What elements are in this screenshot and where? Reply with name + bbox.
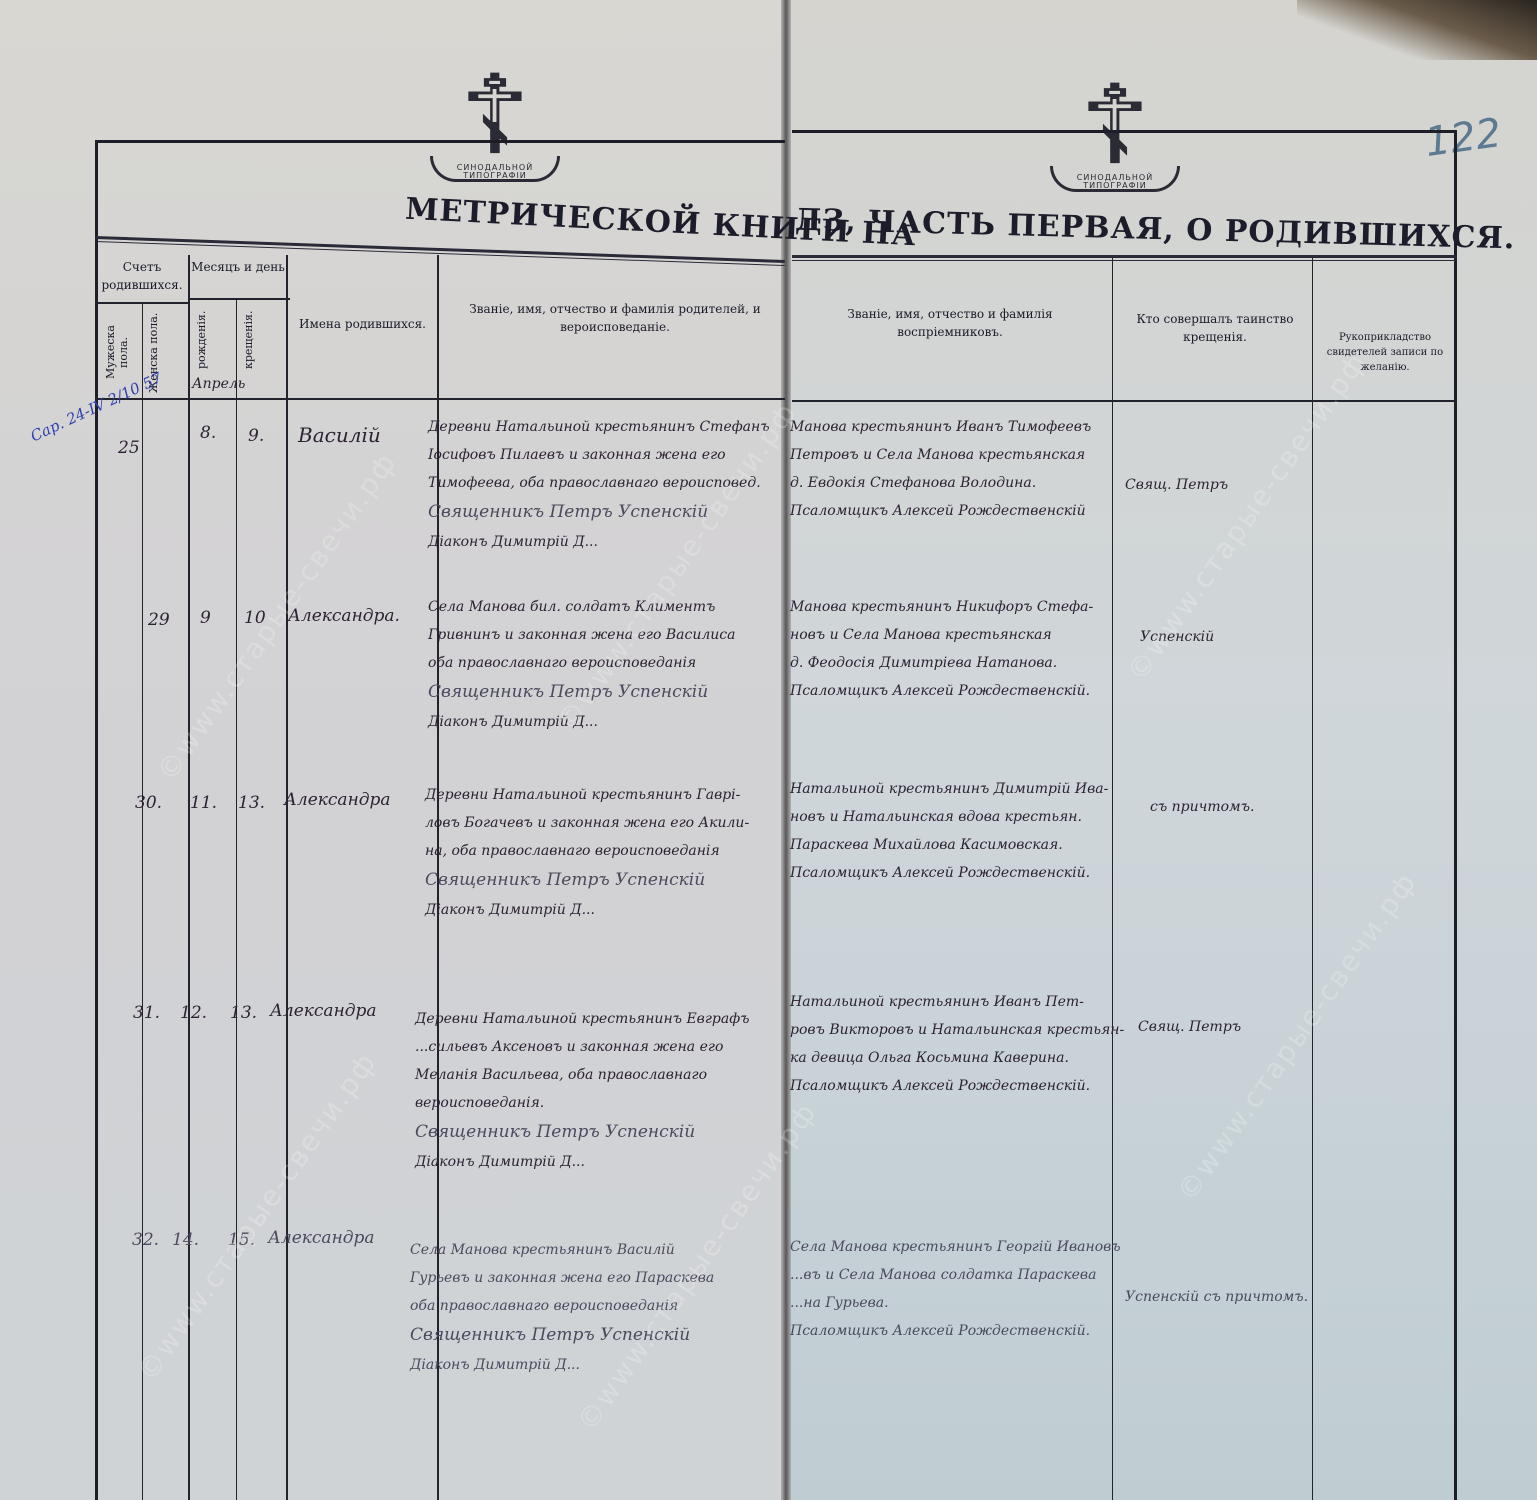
entry-child-name: Александра [268, 1230, 375, 1247]
entry-birth-day: 14. [172, 1232, 199, 1249]
title-underline-right [792, 255, 1457, 261]
godparents-line: д. Евдокія Стефанова Володина. [790, 476, 1091, 490]
entry-female-number: 29 [148, 612, 170, 629]
deacon-signature: Діаконъ Димитрій Д... [428, 535, 770, 549]
entry-officiant: Свящ. Петръ [1138, 1020, 1241, 1034]
header-date-baptism: крещенія. [242, 305, 282, 375]
godparents-line: Манова крестьянинъ Никифоръ Стефа- [790, 600, 1093, 614]
psalmist-signature: Псаломщикъ Алексей Рождественскій. [790, 1324, 1121, 1338]
priest-signature: Священникъ Петръ Успенскій [410, 1327, 714, 1344]
entry-parents: Деревни Натальиной крестьянинъ Гаврі- ло… [425, 788, 749, 931]
header-parents: Званіе, имя, отчество и фамилія родителе… [450, 300, 780, 336]
godparents-line: д. Феодосія Димитріева Натанова. [790, 656, 1093, 670]
godparents-line: Параскева Михайлова Касимовская. [790, 838, 1108, 852]
parents-line: Гривнинъ и законная жена его Василиса [428, 628, 735, 642]
header-names: Имена родившихся. [290, 315, 435, 333]
godparents-line: ровъ Викторовъ и Натальинская крестьян- [790, 1023, 1124, 1037]
entry-female-number: 30. [135, 795, 162, 812]
month-handwritten: Апрель [192, 377, 245, 391]
entry-parents: Деревни Натальиной крестьянинъ Евграфъ .… [415, 1012, 750, 1183]
priest-signature: Священникъ Петръ Успенскій [425, 872, 749, 889]
parents-line: Села Манова крестьянинъ Василій [410, 1243, 714, 1257]
entry-child-name: Василій [298, 425, 381, 445]
godparents-line: ...въ и Села Манова солдатка Параскева [790, 1268, 1121, 1282]
entry-baptism-day: 13. [238, 795, 265, 812]
parents-line: Деревни Натальиной крестьянинъ Гаврі- [425, 788, 749, 802]
header-date-group: Месяцъ и день [190, 258, 286, 276]
parents-line: Меланія Васильева, оба православнаго [415, 1068, 750, 1082]
deacon-signature: Діаконъ Димитрій Д... [415, 1155, 750, 1169]
column-divider [286, 255, 288, 1500]
entry-female-number: 32. [132, 1232, 159, 1249]
entry-parents: Села Манова бил. солдатъ Климентъ Гривни… [428, 600, 735, 743]
parents-line: ловъ Богачевъ и законная жена его Акили- [425, 816, 749, 830]
entry-godparents: Натальиной крестьянинъ Иванъ Пет- ровъ В… [790, 995, 1124, 1107]
parents-line: на, оба православнаго вероисповеданія [425, 844, 749, 858]
godparents-line: Петровъ и Села Манова крестьянская [790, 448, 1091, 462]
header-count-group: Счетъ родившихся. [97, 258, 187, 294]
entry-child-name: Александра [284, 792, 391, 809]
entry-parents: Села Манова крестьянинъ Василій Гурьевъ … [410, 1243, 714, 1386]
deacon-signature: Діаконъ Димитрій Д... [425, 903, 749, 917]
parents-line: оба православнаго вероисповеданія [410, 1299, 714, 1313]
parents-line: ...сильевъ Аксеновъ и законная жена его [415, 1040, 750, 1054]
header-bottom-rule-left [95, 398, 785, 400]
entry-child-name: Александра. [288, 608, 400, 625]
entry-godparents: Манова крестьянинъ Иванъ Тимофеевъ Петро… [790, 420, 1091, 532]
open-register-book: ☦ СИНОДАЛЬНОЙ ТИПОГРАФІИ ☦ СИНОДАЛЬНОЙ Т… [0, 0, 1537, 1500]
parents-line: Деревни Натальиной крестьянинъ Стефанъ [428, 420, 770, 434]
header-officiant: Кто совершалъ таинство крещенія. [1125, 310, 1305, 346]
psalmist-signature: Псаломщикъ Алексей Рождественскій. [790, 1079, 1124, 1093]
psalmist-signature: Псаломщикъ Алексей Рождественскій. [790, 866, 1108, 880]
entry-birth-day: 9 [200, 610, 211, 627]
entry-officiant: Свящ. Петръ [1125, 478, 1228, 492]
godparents-line: новъ и Натальинская вдова крестьян. [790, 810, 1108, 824]
priest-signature: Священникъ Петръ Успенскій [428, 504, 770, 521]
entry-officiant: Успенскій [1140, 630, 1214, 644]
entry-birth-day: 8. [200, 425, 216, 442]
column-divider [1312, 258, 1313, 1500]
entry-godparents: Натальиной крестьянинъ Димитрій Ива- нов… [790, 782, 1108, 894]
priest-signature: Священникъ Петръ Успенскій [415, 1124, 750, 1141]
header-date-birth: рожденія. [195, 305, 231, 375]
godparents-line: Манова крестьянинъ Иванъ Тимофеевъ [790, 420, 1091, 434]
parents-line: Села Манова бил. солдатъ Климентъ [428, 600, 735, 614]
priest-signature: Священникъ Петръ Успенскій [428, 684, 735, 701]
entry-baptism-day: 13. [230, 1005, 257, 1022]
entry-birth-day: 11. [190, 795, 217, 812]
entry-baptism-day: 9. [248, 428, 264, 445]
entry-female-number: 31. [133, 1005, 160, 1022]
parents-line: вероисповеданія. [415, 1096, 750, 1110]
godparents-line: новъ и Села Манова крестьянская [790, 628, 1093, 642]
header-signatures: Рукоприкладство свидетелей записи по жел… [1315, 330, 1455, 375]
column-divider [236, 298, 237, 1500]
entry-birth-day: 12. [180, 1005, 207, 1022]
column-divider [142, 302, 143, 1500]
entry-officiant: Успенскій съ причтомъ. [1125, 1290, 1308, 1304]
entry-male-number: 25 [118, 440, 140, 457]
header-bottom-rule-right [792, 400, 1457, 402]
entry-child-name: Александра [270, 1003, 377, 1020]
deacon-signature: Діаконъ Димитрій Д... [410, 1358, 714, 1372]
column-divider [188, 255, 190, 1500]
godparents-line: Села Манова крестьянинъ Георгій Ивановъ [790, 1240, 1121, 1254]
entry-baptism-day: 10 [244, 610, 266, 627]
godparents-line: Натальиной крестьянинъ Димитрій Ива- [790, 782, 1108, 796]
book-edge-shadow [1297, 0, 1537, 60]
godparents-line: Натальиной крестьянинъ Иванъ Пет- [790, 995, 1124, 1009]
parents-line: Тимофеева, оба православнаго вероисповед… [428, 476, 770, 490]
godparents-line: ка девица Ольга Косьмина Каверина. [790, 1051, 1124, 1065]
entry-godparents: Манова крестьянинъ Никифоръ Стефа- новъ … [790, 600, 1093, 712]
parents-line: Іосифовъ Пилаевъ и законная жена его [428, 448, 770, 462]
psalmist-signature: Псаломщикъ Алексей Рождественскій [790, 504, 1091, 518]
header-godparents: Званіе, имя, отчество и фамилія воспріем… [800, 305, 1100, 341]
date-subrule [190, 298, 290, 300]
deacon-signature: Діаконъ Димитрій Д... [428, 715, 735, 729]
godparents-line: ...на Гурьева. [790, 1296, 1121, 1310]
psalmist-signature: Псаломщикъ Алексей Рождественскій. [790, 684, 1093, 698]
entry-officiant: съ причтомъ. [1150, 800, 1254, 814]
parents-line: оба православнаго вероисповеданія [428, 656, 735, 670]
entry-baptism-day: 15. [228, 1232, 255, 1249]
entry-godparents: Села Манова крестьянинъ Георгій Ивановъ … [790, 1240, 1121, 1352]
entry-parents: Деревни Натальиной крестьянинъ Стефанъ І… [428, 420, 770, 563]
parents-line: Деревни Натальиной крестьянинъ Евграфъ [415, 1012, 750, 1026]
parents-line: Гурьевъ и законная жена его Параскева [410, 1271, 714, 1285]
